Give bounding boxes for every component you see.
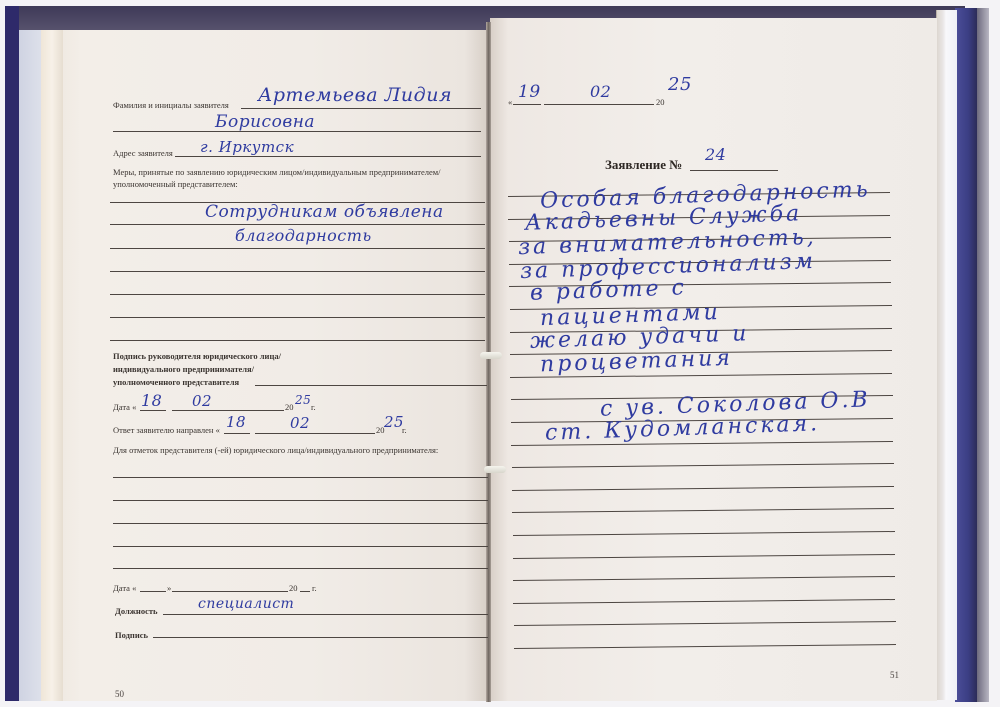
notes-label: Для отметок представителя (-ей) юридичес…: [113, 445, 438, 455]
measures-label-2: уполномоченный представителем:: [113, 179, 238, 189]
notes-line: [113, 477, 488, 478]
notes-line: [113, 500, 488, 501]
statement-year: 25: [668, 74, 692, 95]
applicant-name-value-2: Борисовна: [215, 112, 315, 132]
reply-label: Ответ заявителю направлен «: [113, 425, 220, 435]
signature-head-label-3: уполномоченного представителя: [113, 377, 239, 387]
address-label: Адрес заявителя: [113, 148, 173, 158]
statement-title: Заявление №: [605, 157, 682, 173]
statement-day-line: [513, 104, 541, 105]
page-stack-edge: [936, 10, 957, 700]
reply-day: 18: [226, 413, 246, 431]
signature-head-label-2: индивидуального предпринимателя/: [113, 364, 254, 374]
page-stack-edge-left: [41, 30, 63, 701]
date-month: 02: [192, 392, 212, 410]
reply-day-line: [224, 433, 250, 434]
binding-thread: [484, 466, 506, 473]
date2-day-line: [140, 591, 166, 592]
reply-month-line: [255, 433, 375, 434]
statement-month-line: [544, 104, 654, 105]
date2-label: Дата «: [113, 583, 136, 593]
measures-line: [110, 271, 485, 272]
notes-line: [113, 546, 488, 547]
statement-month: 02: [590, 82, 611, 101]
page-number-left: 50: [115, 689, 124, 699]
signature-head-line: [255, 385, 487, 386]
statement-number: 24: [705, 145, 726, 164]
statement-day: 19: [518, 82, 541, 102]
applicant-name-value: Артемьева Лидия: [258, 84, 452, 106]
address-value: г. Иркутск: [200, 138, 294, 156]
applicant-name-label: Фамилия и инициалы заявителя: [113, 100, 229, 110]
date-year-prefix: 20: [285, 402, 294, 412]
date-day-line: [140, 410, 166, 411]
signature-label: Подпись: [115, 630, 148, 640]
date-label: Дата «: [113, 402, 136, 412]
date-year: 25: [295, 393, 311, 407]
binding-thread: [480, 352, 502, 359]
date2-year-prefix: 20: [289, 583, 298, 593]
notes-line: [113, 523, 488, 524]
date2-month-line: [172, 591, 288, 592]
measures-line: [110, 340, 485, 341]
reply-month: 02: [290, 414, 310, 432]
address-line: [175, 156, 481, 157]
book-cover-left: [5, 6, 19, 701]
position-value: специалист: [198, 596, 294, 612]
open-quote: «: [508, 97, 512, 107]
date2-suffix: г.: [312, 583, 317, 593]
measures-value-2: благодарность: [235, 226, 372, 245]
measures-line: [110, 317, 485, 318]
signature-line: [153, 637, 488, 638]
position-line: [163, 614, 488, 615]
applicant-name-line: [241, 108, 481, 109]
date-day: 18: [141, 391, 162, 410]
date2-year-line: [300, 591, 310, 592]
measures-line: [110, 224, 485, 225]
measures-value: Сотрудникам объявлена: [205, 202, 444, 222]
scan-shadow-right: [977, 8, 989, 702]
measures-label: Меры, принятые по заявлению юридическим …: [113, 167, 441, 177]
signature-head-label: Подпись руководителя юридического лица/: [113, 351, 281, 361]
page-number-right: 51: [890, 670, 899, 680]
date-year-suffix: г.: [311, 402, 316, 412]
reply-year-suffix: г.: [402, 425, 407, 435]
measures-line: [110, 294, 485, 295]
date2-mid: »: [167, 583, 171, 593]
measures-line: [110, 248, 485, 249]
book-cover-right: [955, 8, 977, 702]
notes-line: [113, 568, 488, 569]
position-label: Должность: [115, 606, 158, 616]
book-gutter: [486, 22, 491, 702]
statement-number-line: [690, 170, 778, 171]
statement-year-prefix: 20: [656, 97, 665, 107]
book-endpaper-left: [19, 30, 41, 701]
date-month-line: [172, 410, 284, 411]
